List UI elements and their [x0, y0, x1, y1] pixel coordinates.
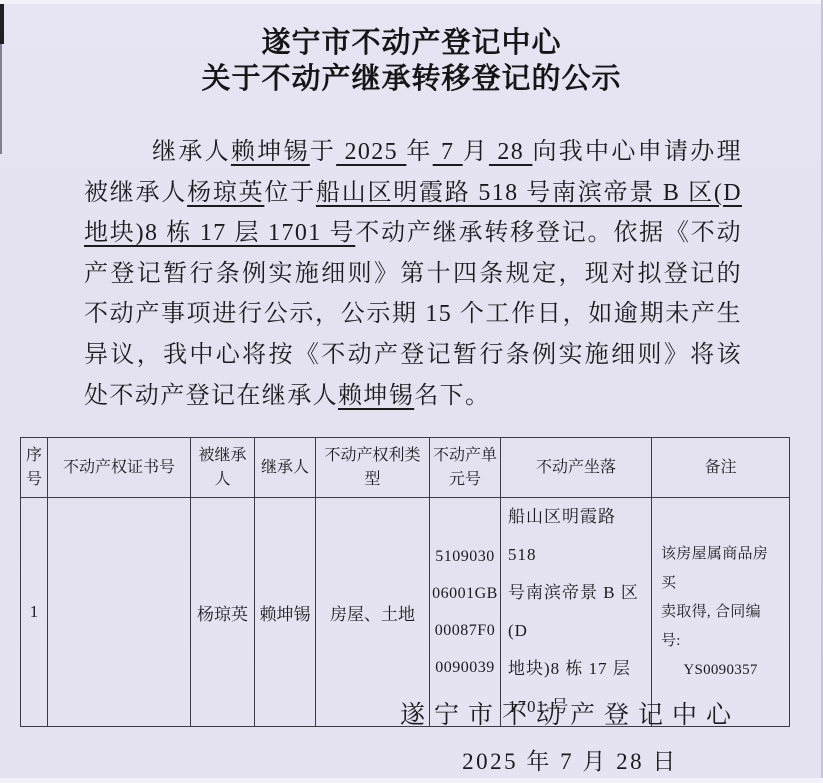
underlined-text-segment: 赖坤锡 [231, 139, 310, 165]
col-header-cert-no: 不动产权证书号 [48, 438, 191, 498]
col-header-heir: 继承人 [255, 438, 316, 498]
text-segment: 继承人 [152, 139, 231, 165]
text-segment: 名下。 [414, 383, 490, 409]
cell-remark: 该房屋属商品房买 卖取得, 合同编号: YS0090357 [652, 498, 790, 727]
col-header-seq: 序号 [21, 438, 48, 498]
title-line-2: 关于不动产继承转移登记的公示 [0, 61, 823, 97]
location-line: 号南滨帝景 B 区(D [501, 574, 651, 650]
col-header-decedent: 被继承人 [191, 438, 255, 498]
notice-paragraph: 继承人赖坤锡于 2025 年 7 月 28 向我中心申请办理被继承人杨琼英位于船… [84, 132, 742, 416]
cell-unit-no: 5109030 06001GB 00087F0 0090039 [430, 498, 501, 727]
underlined-text-segment: 28 [489, 139, 532, 165]
document-title: 遂宁市不动产登记中心 关于不动产继承转移登记的公示 [0, 25, 823, 97]
col-header-unit-no: 不动产单元号 [430, 438, 501, 498]
text-segment: 于 [310, 139, 336, 165]
remark-line: 卖取得, 合同编号: [652, 598, 789, 656]
text-segment: 年 [406, 139, 432, 165]
underlined-text-segment: 杨琼英 [187, 180, 264, 206]
cell-location: 船山区明霞路 518 号南滨帝景 B 区(D 地块)8 栋 17 层 1701 … [501, 498, 652, 727]
remark-line: 该房屋属商品房买 [652, 540, 789, 598]
location-line: 地块)8 栋 17 层 [501, 650, 651, 688]
issue-date: 2025 年 7 月 28 日 [352, 743, 788, 776]
cell-heir: 赖坤锡 [255, 498, 316, 727]
unit-no-line: 5109030 [430, 538, 500, 575]
unit-no-line: 06001GB [430, 575, 500, 612]
cell-right-type: 房屋、土地 [316, 498, 430, 727]
underlined-text-segment: 7 [433, 139, 463, 165]
table-row: 1 杨琼英 赖坤锡 房屋、土地 5109030 06001GB 00087F0 … [21, 498, 790, 727]
cell-seq: 1 [21, 498, 48, 727]
notice-document: 遂宁市不动产登记中心 关于不动产继承转移登记的公示 继承人赖坤锡于 2025 年… [0, 0, 823, 783]
unit-no-line: 00087F0 [430, 612, 500, 649]
issuing-org: 遂宁市不动产登记中心 [352, 695, 788, 731]
registration-table: 序号 不动产权证书号 被继承人 继承人 不动产权利类型 不动产单元号 不动产坐落… [20, 437, 790, 727]
col-header-right-type: 不动产权利类型 [316, 438, 430, 498]
unit-no-line: 0090039 [430, 649, 500, 686]
remark-line: YS0090357 [652, 656, 789, 685]
signature-block: 遂宁市不动产登记中心 2025 年 7 月 28 日 [352, 695, 788, 776]
text-segment: 月 [463, 139, 489, 165]
scan-artifact-top-edge [0, 0, 823, 4]
col-header-location: 不动产坐落 [501, 438, 652, 498]
cell-cert-no [48, 498, 191, 727]
underlined-text-segment: 2025 [336, 139, 406, 165]
location-line: 船山区明霞路 518 [501, 498, 651, 574]
table-header-row: 序号 不动产权证书号 被继承人 继承人 不动产权利类型 不动产单元号 不动产坐落… [21, 438, 790, 498]
text-segment: 不动产继承转移登记。依据《不动产登记暂行条例实施细则》第十四条规定，现对拟登记的… [84, 220, 742, 408]
col-header-remark: 备注 [652, 438, 790, 498]
underlined-text-segment: 赖坤锡 [338, 383, 414, 409]
text-segment: 位于 [264, 180, 316, 206]
scan-artifact-bottom-edge [0, 778, 823, 783]
title-line-1: 遂宁市不动产登记中心 [0, 25, 823, 61]
cell-decedent: 杨琼英 [191, 498, 255, 727]
